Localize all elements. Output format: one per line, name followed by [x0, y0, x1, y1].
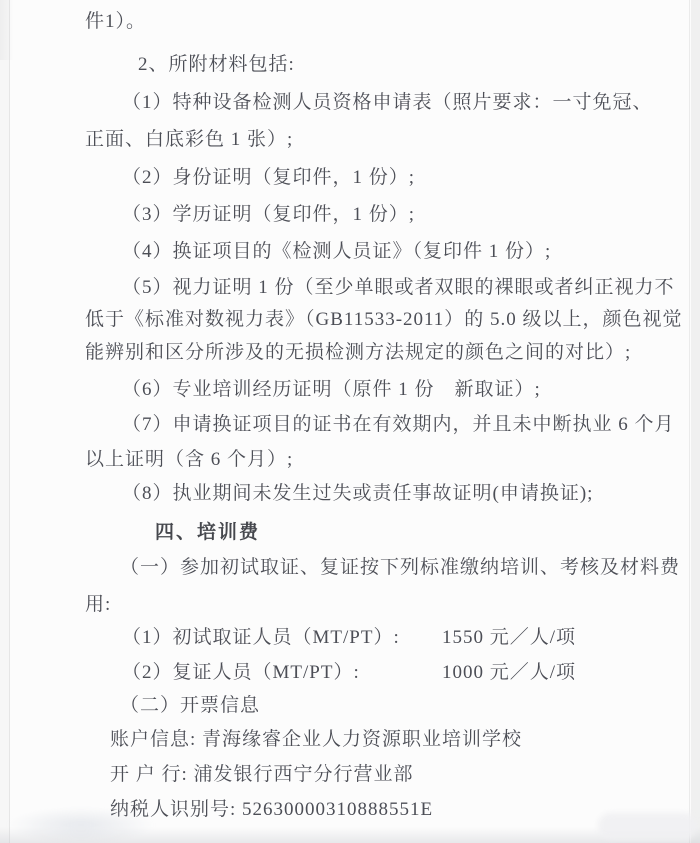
material-item-5-line-1: （5）视力证明 1 份（至少单眼或者双眼的裸眼或者纠正视力不: [122, 275, 675, 301]
scan-top-left-smudge: [0, 0, 14, 60]
material-item-2: （2）身份证明（复印件，1 份）;: [122, 165, 415, 191]
material-item-5-line-2: 低于《标准对数视力表》（GB11533-2011）的 5.0 级以上，颜色视觉: [85, 307, 683, 333]
invoice-bank: 开 户 行: 浦发银行西宁分行营业部: [110, 762, 414, 788]
scan-left-edge-strip: [0, 0, 9, 843]
fee-item-renewal-price: 1000 元／人/项: [442, 660, 576, 686]
material-item-8: （8）执业期间未发生过失或责任事故证明(申请换证);: [122, 481, 593, 507]
material-item-1-line-2: 正面、白底彩色 1 张）;: [85, 127, 293, 153]
material-item-4: （4）换证项目的《检测人员证》（复印件 1 份）;: [122, 239, 551, 265]
material-item-3: （3）学历证明（复印件，1 份）;: [122, 202, 415, 228]
material-item-7-line-2: 以上证明（含 6 个月）;: [85, 447, 293, 473]
opening-fragment: 件1）。: [85, 9, 146, 35]
scan-left-edge-line: [9, 0, 10, 843]
scan-right-edge-line: [689, 0, 690, 843]
training-fee-heading: 四、培训费: [155, 520, 260, 546]
invoice-heading: （二）开票信息: [120, 693, 260, 719]
scan-right-edge-strip: [691, 0, 700, 843]
invoice-account-name: 账户信息: 青海缘睿企业人力资源职业培训学校: [110, 727, 522, 753]
material-item-6: （6）专业培训经历证明（原件 1 份 新取证）;: [122, 377, 541, 403]
fee-intro-line-1: （一）参加初试取证、复证按下列标准缴纳培训、考核及材料费: [120, 555, 680, 581]
scanned-document-page: 件1）。 2、所附材料包括: （1）特种设备检测人员资格申请表（照片要求：一寸免…: [0, 0, 700, 843]
fee-item-initial-price: 1550 元／人/项: [442, 625, 576, 651]
material-item-7-line-1: （7）申请换证项目的证书在有效期内，并且未中断执业 6 个月: [122, 412, 675, 438]
invoice-tax-id: 纳税人识别号: 52630000310888551E: [110, 797, 433, 823]
fee-item-renewal-label: （2）复证人员（MT/PT）:: [122, 660, 360, 686]
fee-intro-line-2: 用:: [85, 592, 111, 618]
fee-item-initial-label: （1）初试取证人员（MT/PT）:: [122, 625, 400, 651]
material-item-5-line-3: 能辨别和区分所涉及的无损检测方法规定的颜色之间的对比）;: [85, 340, 631, 366]
materials-heading: 2、所附材料包括:: [138, 52, 295, 78]
scan-bottom-band: [0, 827, 700, 843]
material-item-1-line-1: （1）特种设备检测人员资格申请表（照片要求：一寸免冠、: [122, 90, 653, 116]
scan-bottom-right-smudge: [598, 813, 698, 839]
